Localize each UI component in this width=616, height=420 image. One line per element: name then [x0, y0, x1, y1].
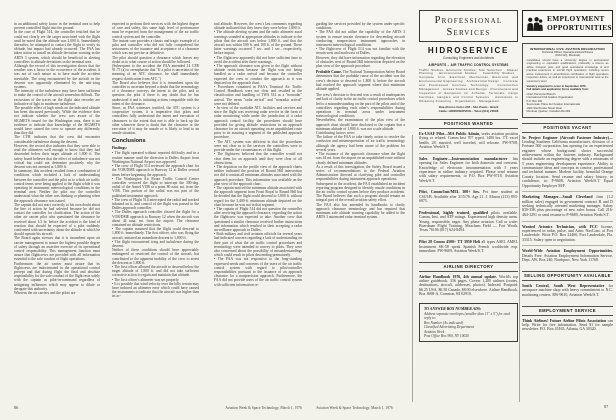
box-number-notice: TO ANSWER BOX NUMBER ADS: Address separa… [419, 303, 518, 342]
hidroservice-tagline: Consulting Engineers and Architects [419, 56, 518, 60]
positions-wanted-header: POSITIONS WANTED [419, 119, 518, 129]
icao-details: Vacancy expected to occur in September 1… [527, 85, 609, 92]
ad-text: has opening for Sales Engineer for both … [419, 157, 518, 183]
box-notice-body: Address separate envelopes (smaller than… [424, 312, 513, 338]
hidroservice-ad: HIDROSERVICE Consulting Engineers and Ar… [419, 46, 518, 114]
article-text: The crew's decision to descend was a res… [316, 93, 405, 219]
article-text: in an additional safety factor in the te… [14, 22, 100, 295]
conclusions-heading: Conclusions [112, 138, 199, 144]
hidroservice-address: Rua Afonso Celso 235 · São Paulo · Brazi… [419, 106, 518, 114]
employment-opportunities-title: EMPLOYMENT OPPORTUNITIES [547, 15, 612, 32]
hidroservice-services: Traffic Studies, Economic Studies, Site … [419, 69, 518, 104]
classified-ad: Ex-USAF Pilot—MA Public Admin, seeks avi… [419, 129, 518, 153]
page-number-left: 86 [14, 405, 18, 410]
hidroservice-specialty: AIRPORTS – AIR TRAFFIC CONTROL SYSTEMS [419, 63, 518, 67]
employment-title-line: OPPORTUNITIES [547, 24, 612, 33]
classified-ad: Marketing Manager—Small Cleveland firm (… [522, 191, 613, 220]
positions-vacant-header: POSITIONS VACANT [522, 123, 613, 133]
article-text: • The flight operated without reported d… [112, 151, 199, 298]
hidroservice-name: HIDROSERVICE [419, 46, 518, 55]
magazine-spread: in an additional safety factor in the te… [0, 0, 616, 420]
article-column-3: tual altitude. However, the crew's last … [214, 22, 302, 402]
classified-ad: Professional, highly trained, qualified … [419, 207, 518, 236]
article-text: tual altitude. However, the crew's last … [214, 22, 302, 287]
classified-ad: Think Airlines! Future Airline Pilots As… [522, 316, 613, 336]
classified-ad: Wanted Avionics Technician, with FCC lic… [522, 221, 613, 246]
airline-directory-header: AIRLINE DIRECTORY [419, 262, 518, 272]
classified-ad: Pilot, Comm/Inst/MEL 300+ hrs. Pvt time … [419, 186, 518, 207]
classified-ad: South Central, South West Representative… [522, 281, 613, 301]
article-text: garding the services provided by the sys… [316, 22, 405, 68]
classified-ad: Sales Engineer—Instrumentation manufactu… [419, 153, 518, 187]
professional-services-title: Services [422, 27, 515, 39]
employment-service-header: EMPLOYMENT SERVICE [522, 306, 613, 316]
column-divider [412, 135, 413, 402]
probable-cause-paragraph: Probable Cause. The National Transportat… [316, 70, 405, 91]
professional-services-header: Professional Services [419, 10, 518, 42]
classified-column-right: EMPLOYMENT OPPORTUNITIES INTERNATIONAL C… [522, 10, 613, 406]
article-column-2: expected to perform their services with … [112, 22, 199, 402]
ad-text: Leading Southern California manufacturer… [522, 140, 613, 187]
findings-label: Findings: [112, 146, 199, 150]
article-column-4: garding the services provided by the sys… [316, 22, 405, 402]
article-text: expected to perform their services with … [112, 22, 199, 135]
employment-opportunities-header: EMPLOYMENT OPPORTUNITIES [522, 10, 613, 37]
footer-right-page: Aviation Week & Space Technology, March … [316, 406, 446, 410]
classified-ad: World-Wide Aviation Employment Opportuni… [522, 245, 613, 266]
people-icon [526, 17, 543, 31]
selling-opportunity-header: SELLING OPPORTUNITY AVAILABLE [522, 271, 613, 281]
column-divider [519, 135, 520, 402]
professional-services-title: Professional [422, 15, 515, 27]
classified-ad: Airline Handbook 1976, 4th annual update… [419, 272, 518, 300]
footer-left-page: Aviation Week & Space Technology, March … [160, 406, 302, 410]
icao-location: (ICAO HQ, Montreal) [527, 54, 609, 57]
page-number-right: 87 [604, 404, 608, 409]
box-notice-title: TO ANSWER BOX NUMBER ADS: [424, 307, 513, 311]
article-column-1: in an additional safety factor in the te… [14, 22, 100, 402]
classified-column-left: Professional Services HIDROSERVICE Consu… [419, 10, 518, 406]
classified-ad: Sr. Project Engineer (Aircraft Fastener … [522, 133, 613, 192]
icao-ad: INTERNATIONAL CIVIL AVIATION ORGANIZATIO… [522, 43, 613, 118]
classified-ad: Pilot 28 Comm 4500+ TT 3950 Heli all typ… [419, 236, 518, 257]
ad-text: Details Free. Aviation Employment Inform… [522, 254, 613, 262]
icao-description: Candidates should have a University degr… [527, 59, 609, 83]
icao-address: Chief, Personnel Branch International Ci… [527, 93, 609, 114]
